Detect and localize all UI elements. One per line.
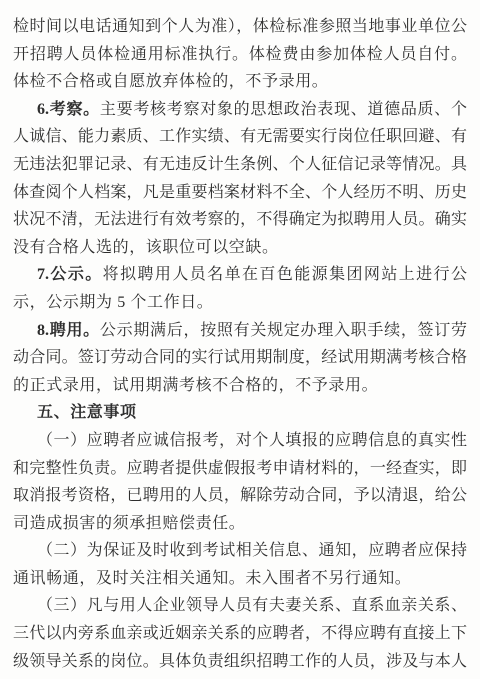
body-text: （二）为保证及时收到考试相关信息、通知，应聘者应保持	[37, 542, 467, 559]
text-line-21: 通讯畅通，及时关注相关通知。未入围者不另行通知。	[13, 565, 467, 593]
text-line-5: 人诚信、能力素质、工作实绩、有无需要实行岗位任职回避、有	[13, 123, 467, 151]
text-line-22: （三）凡与用人企业领导人员有夫妻关系、直系血亲关系、	[13, 592, 467, 620]
body-text: 三代以内旁系血亲或近姻亲关系的应聘者，不得应聘有直接上下	[13, 625, 467, 642]
body-text: 开招聘人员体检通用标准执行。体检费由参加体检人员自付。	[13, 46, 467, 63]
emphasis-text: 8.聘用。	[37, 322, 100, 339]
text-line-15: 五、注意事项	[13, 399, 467, 427]
body-text: 通讯畅通，及时关注相关通知。未入围者不另行通知。	[13, 570, 411, 587]
body-text: （一）应聘者应诚信报考，对个人填报的应聘信息的真实性	[37, 432, 467, 449]
text-line-24: 级领导关系的岗位。具体负责组织招聘工作的人员，涉及与本人	[13, 648, 467, 676]
text-line-11: 示，公示期为 5 个工作日。	[13, 289, 467, 317]
emphasis-text: 7.公示。	[37, 266, 103, 283]
body-text: 的正式录用，试用期满考核不合格的，不予录用。	[13, 377, 378, 394]
body-text: 人诚信、能力素质、工作实绩、有无需要实行岗位任职回避、有	[13, 128, 467, 145]
text-line-2: 开招聘人员体检通用标准执行。体检费由参加体检人员自付。	[13, 41, 467, 69]
text-line-9: 没有合格人选的，该职位可以空缺。	[13, 234, 467, 262]
text-line-23: 三代以内旁系血亲或近姻亲关系的应聘者，不得应聘有直接上下	[13, 620, 467, 648]
emphasis-text: 五、注意事项	[37, 404, 137, 421]
document-body: 检时间以电话通知到个人为准），体检标准参照当地事业单位公开招聘人员体检通用标准执…	[13, 13, 467, 675]
body-text: （三）凡与用人企业领导人员有夫妻关系、直系血亲关系、	[37, 597, 467, 614]
text-line-18: 取消报考资格，已聘用的人员，解除劳动合同，予以清退，给公	[13, 482, 467, 510]
body-text: 级领导关系的岗位。具体负责组织招聘工作的人员，涉及与本人	[13, 653, 467, 670]
body-text: 无违法犯罪记录、有无违反计生条例、个人征信记录等情况。具	[13, 156, 467, 173]
emphasis-text: 6.考察。	[37, 101, 100, 118]
text-line-12: 8.聘用。公示期满后，按照有关规定办理入职手续，签订劳	[13, 317, 467, 345]
text-line-1: 检时间以电话通知到个人为准），体检标准参照当地事业单位公	[13, 13, 467, 41]
body-text: 示，公示期为 5 个工作日。	[13, 294, 213, 311]
text-line-20: （二）为保证及时收到考试相关信息、通知，应聘者应保持	[13, 537, 467, 565]
scanned-document-page: 检时间以电话通知到个人为准），体检标准参照当地事业单位公开招聘人员体检通用标准执…	[0, 0, 480, 679]
text-line-14: 的正式录用，试用期满考核不合格的，不予录用。	[13, 372, 467, 400]
text-line-8: 状况不清，无法进行有效考察的，不得确定为拟聘用人员。确实	[13, 206, 467, 234]
text-line-17: 和完整性负责。应聘者提供虚假报考申请材料的，一经查实，即	[13, 455, 467, 483]
body-text: 司造成损害的须承担赔偿责任。	[13, 515, 245, 532]
body-text: 检时间以电话通知到个人为准），体检标准参照当地事业单位公	[13, 18, 467, 35]
body-text: 动合同。签订劳动合同的实行试用期制度，经试用期满考核合格	[13, 349, 467, 366]
body-text: 没有合格人选的，该职位可以空缺。	[13, 239, 279, 256]
text-line-16: （一）应聘者应诚信报考，对个人填报的应聘信息的真实性	[13, 427, 467, 455]
text-line-4: 6.考察。主要考核考察对象的思想政治表现、道德品质、个	[13, 96, 467, 124]
text-line-7: 体查阅个人档案，凡是重要档案材料不全、个人经历不明、历史	[13, 179, 467, 207]
body-text: 取消报考资格，已聘用的人员，解除劳动合同，予以清退，给公	[13, 487, 467, 504]
text-line-3: 体检不合格或自愿放弃体检的，不予录用。	[13, 68, 467, 96]
text-line-13: 动合同。签订劳动合同的实行试用期制度，经试用期满考核合格	[13, 344, 467, 372]
body-text: 体检不合格或自愿放弃体检的，不予录用。	[13, 73, 328, 90]
text-line-6: 无违法犯罪记录、有无违反计生条例、个人征信记录等情况。具	[13, 151, 467, 179]
body-text: 将拟聘用人员名单在百色能源集团网站上进行公	[103, 266, 467, 283]
body-text: 和完整性负责。应聘者提供虚假报考申请材料的，一经查实，即	[13, 460, 467, 477]
body-text: 体查阅个人档案，凡是重要档案材料不全、个人经历不明、历史	[13, 184, 467, 201]
body-text: 状况不清，无法进行有效考察的，不得确定为拟聘用人员。确实	[13, 211, 467, 228]
body-text: 主要考核考察对象的思想政治表现、道德品质、个	[100, 101, 467, 118]
text-line-10: 7.公示。将拟聘用人员名单在百色能源集团网站上进行公	[13, 261, 467, 289]
body-text: 公示期满后，按照有关规定办理入职手续，签订劳	[100, 322, 467, 339]
text-line-19: 司造成损害的须承担赔偿责任。	[13, 510, 467, 538]
